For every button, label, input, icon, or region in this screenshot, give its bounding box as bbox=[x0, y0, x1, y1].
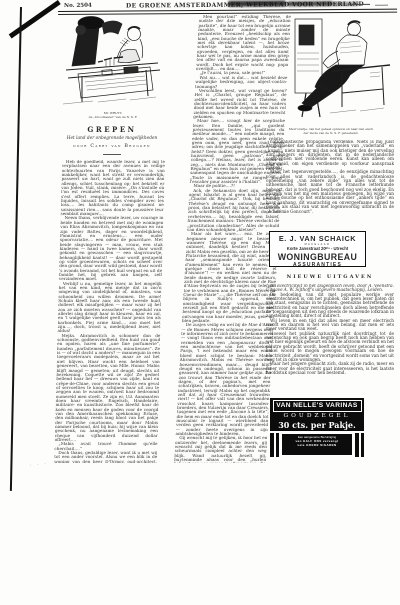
paragraph: Gij wenscht mij te gelijken, ik hoor het… bbox=[174, 436, 267, 463]
section-heading-nieuwe-uitgaven: NIEUWE UITGAVEN bbox=[266, 274, 394, 280]
paragraph: Maar als het ware.... enz. De zusjes beg… bbox=[182, 232, 279, 323]
review-paragraphs: De bedoeling van dit met populaire werkj… bbox=[266, 293, 394, 376]
left-figure-caption: Mr. WRUTT, de „broodzaaier” van de N. S.… bbox=[60, 112, 166, 119]
right-figure-caption: Mevrouwtje, van het geheel opnieuw en na… bbox=[268, 128, 394, 135]
paragraph: Wij leven in een tijd dat alles meer en … bbox=[266, 319, 394, 332]
advertiser-address: Korte Jansstraat 20ᵇⁱˢ - Utrecht bbox=[270, 246, 365, 251]
paragraph: Men pourtant” estiding Thérèse, de oudst… bbox=[196, 15, 291, 71]
ad-price: 30 cts. per Pakje. bbox=[270, 420, 364, 430]
paragraph: Maar het tegenovergestelde...., de eenzi… bbox=[266, 170, 394, 213]
paragraph: Verblijf u nu, gemelige lezer, in het mo… bbox=[57, 282, 161, 334]
paragraph: Verschillen leest, wat vraagt ge boven? … bbox=[193, 89, 287, 119]
ad-column-bars-left bbox=[270, 433, 279, 457]
caption-line: der mode van de N. S. F. geteekend. bbox=[268, 132, 394, 136]
header-dash bbox=[375, 4, 388, 5]
ad-van-nelle-top: VAN NELLE'S VARINAS GOUDZEGEL 30 cts. pe… bbox=[270, 398, 364, 431]
paragraph: Neem thans, verblijvende lezer, uw coura… bbox=[59, 216, 164, 281]
article-divider bbox=[103, 154, 121, 155]
paragraph: De zusjes veilig en wel bij de Mae d'Ari… bbox=[175, 323, 273, 436]
paragraph: Wat nu.... wat is dat.... wat bezield de… bbox=[195, 76, 288, 89]
caption-line: de „broodzaaier” van de N. S. F. bbox=[60, 116, 166, 120]
article-byline: door Carry van Bruggen bbox=[52, 144, 172, 149]
ad-column-bars-right bbox=[355, 433, 364, 457]
ink-smudge bbox=[287, 1, 333, 6]
advertiser-name: E. J. VAN SCHAICK bbox=[270, 234, 365, 243]
ad-service-2: ASSURANTIES bbox=[270, 262, 365, 267]
review-column: De Electriciteit in het Dagelijksch leve… bbox=[266, 284, 394, 391]
scan-bottom-smudge: · · · bbox=[30, 461, 48, 469]
ad-slogan-line: vele GOEDE SIGAREN bbox=[282, 444, 352, 448]
printing-press-etching bbox=[58, 12, 170, 110]
paragraph: nationalistische propaganda verdenke. Ni… bbox=[266, 140, 394, 170]
ad-van-nelle: VAN NELLE'S VARINAS GOUDZEGEL 30 cts. pe… bbox=[270, 398, 364, 457]
left-etching-figure bbox=[58, 12, 170, 110]
scan-left-border bbox=[10, 7, 22, 491]
ad-brand-title: VAN NELLE'S VARINAS bbox=[273, 400, 362, 412]
paragraph: Waar het jongere geslacht zich, dank zij… bbox=[266, 362, 394, 375]
paragraph: De bedoeling van dit met populaire werkj… bbox=[266, 293, 394, 319]
article-title: GREPEN bbox=[58, 125, 166, 134]
article-subtitle: Het land der onbegrensde mogelijkheden bbox=[52, 136, 172, 141]
seated-man-etching bbox=[290, 13, 396, 125]
paragraph: Doch thans, gedaldige lezer, want ik u m… bbox=[54, 451, 157, 463]
newspaper-page: No. 2504 DE GROENE AMSTERDAMMER, WEEKBLA… bbox=[0, 0, 400, 605]
ad-product-name: GOUDZEGEL bbox=[270, 413, 364, 419]
scan-edge-artifact bbox=[9, 0, 61, 38]
right-etching-figure bbox=[290, 13, 396, 125]
article-column-1: Heb de goedheid, waarde lezer, u met mij… bbox=[54, 160, 165, 463]
paragraph: Heb de goedheid, waarde lezer, u met mij… bbox=[61, 160, 165, 216]
page-header: No. 2504 DE GROENE AMSTERDAMMER, WEEKBLA… bbox=[0, 0, 400, 1]
ad-service-1: WONINGBUREAU bbox=[270, 252, 365, 262]
ad-van-schaick: E. J. VAN SCHAICK MAKELAAR Korte Jansstr… bbox=[269, 231, 366, 267]
ad-slogan-box: Een aangename Bezuiniging van HALF ONS v… bbox=[282, 434, 352, 455]
header-dash bbox=[352, 4, 370, 5]
paragraph: Mejks. Abramovitch is schooner dan de sc… bbox=[55, 334, 161, 443]
ad-van-nelle-bottom: Een aangename Bezuiniging van HALF ONS v… bbox=[270, 433, 364, 457]
issue-number: No. 2504 bbox=[64, 3, 92, 9]
ink-smudge bbox=[228, 0, 286, 6]
paragraph: Hoewel het publiek natuurlijk niet doord… bbox=[266, 332, 394, 362]
article-column-3: nationalistische propaganda verdenke. Ni… bbox=[266, 140, 394, 230]
